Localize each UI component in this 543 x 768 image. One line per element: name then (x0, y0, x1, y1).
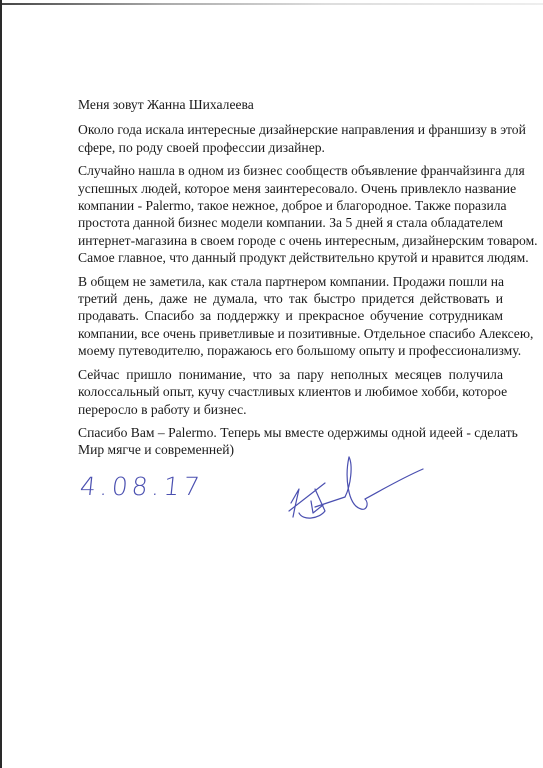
letter-body: Меня зовут Жанна Шихалеева Около года ис… (78, 96, 503, 465)
handwritten-date: 4.08.17 (78, 472, 204, 501)
text-line: продавать. Спасибо за поддержку и прекра… (78, 307, 503, 324)
text-line: Около года искала интересные дизайнерски… (78, 121, 503, 138)
text-line: сфере, по роду своей профессии дизайнер. (78, 139, 503, 156)
text-line: Сейчас пришло понимание, что за пару неп… (78, 366, 503, 383)
text-line: успешных людей, которое меня заинтересов… (78, 180, 503, 197)
text-line: интернет-магазина в своем городе с очень… (78, 232, 503, 249)
scan-edge-top (0, 3, 543, 5)
text-line: моему путеводителю, поражаюсь его большо… (78, 342, 503, 359)
text-line: колоссальный опыт, кучу счастливых клиен… (78, 383, 503, 400)
paragraph-5: Спасибо Вам – Palermo. Теперь мы вместе … (78, 424, 503, 459)
paragraph-1: Около года искала интересные дизайнерски… (78, 121, 503, 156)
text-line: третий день, даже не думала, что так быс… (78, 290, 503, 307)
paragraph-2: Случайно нашла в одном из бизнес сообщес… (78, 162, 503, 266)
text-line: В общем не заметила, как стала партнером… (78, 273, 503, 290)
paragraph-3: В общем не заметила, как стала партнером… (78, 273, 503, 360)
paragraph-4: Сейчас пришло понимание, что за пару неп… (78, 366, 503, 418)
text-line: переросло в работу и бизнес. (78, 401, 503, 418)
text-line: компании, все очень приветливые и позити… (78, 325, 503, 342)
text-line: Спасибо Вам – Palermo. Теперь мы вместе … (78, 424, 503, 441)
text-line: Самое главное, что данный продукт действ… (78, 249, 503, 266)
text-line: компании - Palermo, такое нежное, доброе… (78, 197, 503, 214)
text-line: Случайно нашла в одном из бизнес сообщес… (78, 162, 503, 179)
text-line: простота данной бизнес модели компании. … (78, 214, 503, 231)
signature-icon (285, 455, 425, 535)
scan-edge-left (0, 0, 2, 768)
greeting-line: Меня зовут Жанна Шихалеева (78, 96, 503, 113)
